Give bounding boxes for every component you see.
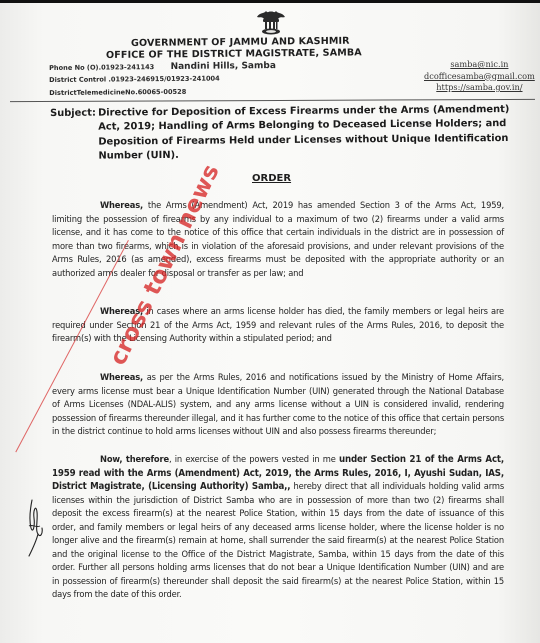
subject-text: Directive for Deposition of Excess Firea… bbox=[98, 103, 510, 164]
paragraph-whereas-uin: Whereas, as per the Arms Rules, 2016 and… bbox=[52, 371, 504, 439]
website-link[interactable]: https://samba.gov.in/ bbox=[424, 82, 535, 94]
paragraph-text: , in exercise of the powers vested in me bbox=[169, 454, 339, 465]
contact-links: samba@nic.in dcofficesamba@gmail.com htt… bbox=[424, 59, 535, 94]
national-emblem-icon bbox=[254, 8, 288, 36]
office-title: OFFICE OF THE DISTRICT MAGISTRATE, SAMBA bbox=[106, 47, 362, 61]
paragraph-directive: hereby direct that all individuals holdi… bbox=[52, 481, 504, 600]
paragraph-lead: Now, therefore bbox=[52, 454, 169, 465]
paragraph-lead: Whereas, bbox=[52, 372, 143, 383]
contact-details: Phone No (O).01923-241143 Nandini Hills,… bbox=[49, 60, 276, 99]
paragraph-text: the Arms (Amendment) Act, 2019 has amend… bbox=[52, 200, 504, 279]
paragraph-lead: Whereas, bbox=[52, 200, 143, 211]
subject-block: Subject: Directive for Deposition of Exc… bbox=[50, 103, 510, 164]
paragraph-whereas-excess-firearms: Whereas, the Arms (Amendment) Act, 2019 … bbox=[52, 199, 504, 280]
handwritten-signature-icon bbox=[26, 498, 46, 558]
email-link-gmail[interactable]: dcofficesamba@gmail.com bbox=[424, 71, 535, 83]
header-divider bbox=[10, 99, 535, 102]
order-heading: ORDER bbox=[252, 173, 291, 184]
subject-label: Subject: bbox=[50, 107, 96, 122]
document-page: GOVERNMENT OF JAMMU AND KASHMIR OFFICE O… bbox=[0, 3, 540, 643]
email-link-nic[interactable]: samba@nic.in bbox=[424, 59, 535, 71]
telemedicine-number: DistrictTelemedicineNo.60065-00528 bbox=[49, 85, 276, 99]
paragraph-now-therefore: Now, therefore, in exercise of the power… bbox=[52, 453, 504, 602]
office-address: Nandini Hills, Samba bbox=[171, 61, 276, 72]
office-phone: Phone No (O).01923-241143 bbox=[49, 63, 154, 72]
